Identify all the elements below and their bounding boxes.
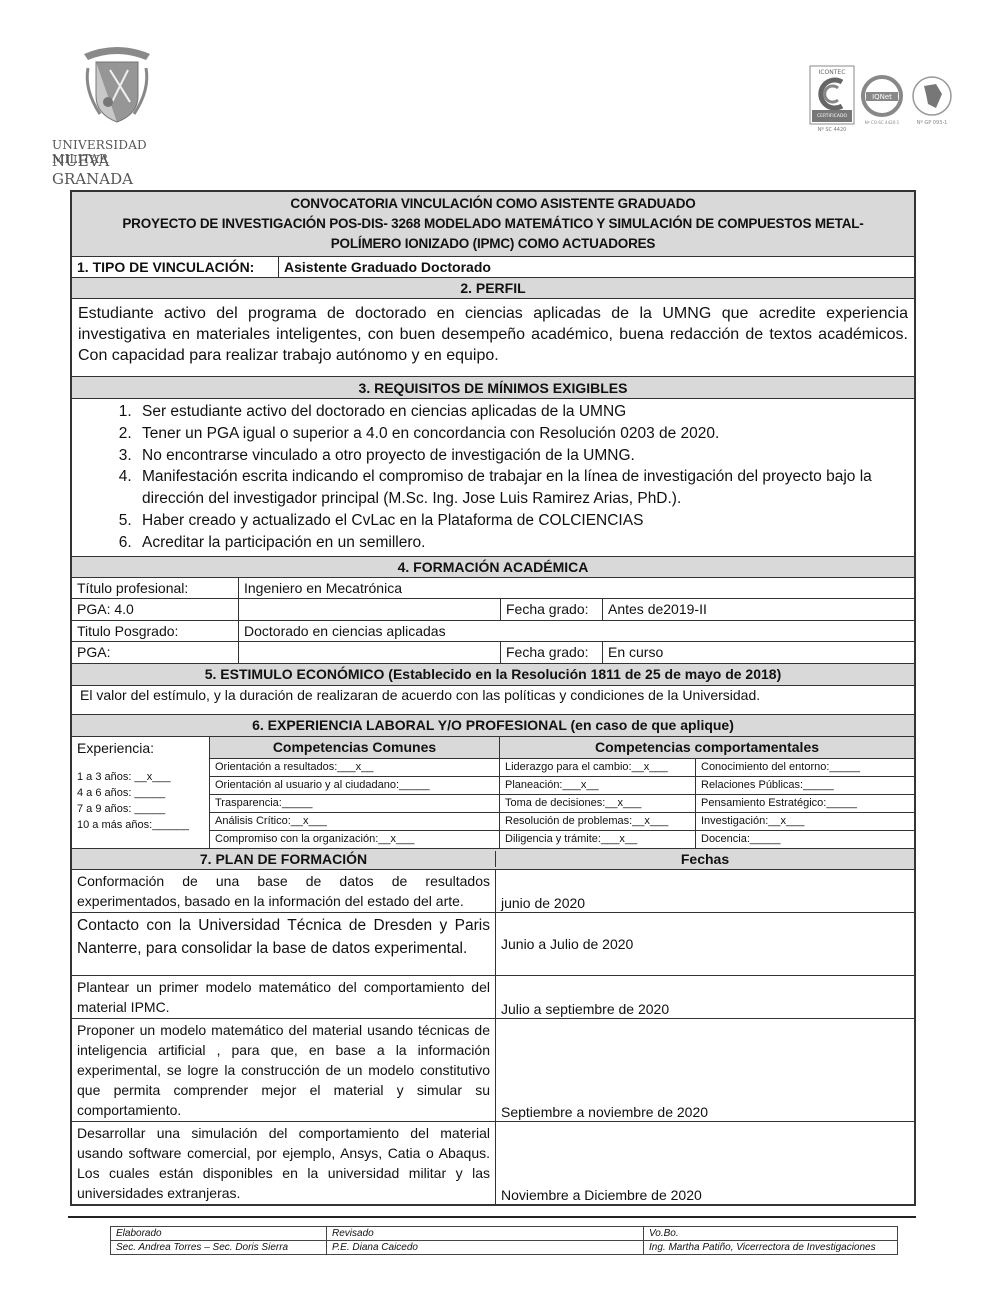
svg-text:Nº CO-SC 4420-1: Nº CO-SC 4420-1 [865, 120, 900, 125]
titulo-posgrado-value: Doctorado en ciencias aplicadas [239, 621, 914, 641]
titulo-posgrado-label: Titulo Posgrado: [72, 621, 239, 641]
competencia-comun: Análisis Crítico:__x___ [210, 813, 499, 831]
competencia-comun: Trasparencia:_____ [210, 795, 499, 813]
university-crest-icon [82, 44, 152, 126]
competencia-comportamental-row: Resolución de problemas:__x___Investigac… [500, 813, 914, 831]
plan-date: junio de 2020 [496, 870, 914, 912]
fecha-grado-value: En curso [603, 642, 914, 663]
competencia-comportamental-row: Toma de decisiones:__x___Pensamiento Est… [500, 795, 914, 813]
plan-heading: 7. PLAN DE FORMACIÓN [72, 851, 496, 867]
formacion-row: Título profesional: Ingeniero en Mecatró… [72, 578, 914, 599]
requisito-item: Haber creado y actualizado el CvLac en l… [136, 510, 908, 532]
svg-text:CERTIFICADO: CERTIFICADO [817, 113, 847, 119]
competencia-comportamental-row: Diligencia y trámite:___x__Docencia:____… [500, 831, 914, 848]
formacion-row: Titulo Posgrado: Doctorado en ciencias a… [72, 621, 914, 642]
requisito-item: Tener un PGA igual o superior a 4.0 en c… [136, 423, 908, 445]
experiencia-range: 1 a 3 años: __x___ [77, 769, 204, 785]
competencia-comportamental: Relaciones Públicas:_____ [696, 777, 839, 794]
revisado-value: P.E. Diana Caicedo [327, 1241, 644, 1255]
pga-label: PGA: 4.0 [72, 599, 239, 620]
estimulo-row: El valor del estímulo, y la duración de … [72, 686, 914, 715]
tipo-vinculacion-row: 1. TIPO DE VINCULACIÓN: Asistente Gradua… [72, 257, 914, 278]
requisitos-list: Ser estudiante activo del doctorado en c… [72, 399, 914, 557]
pga-posgrado-label: PGA: [72, 642, 239, 663]
experiencia-heading: 6. EXPERIENCIA LABORAL Y/O PROFESIONAL (… [72, 715, 914, 737]
competencia-comportamental: Investigación:__x___ [696, 813, 809, 830]
svg-text:IQNet: IQNet [872, 93, 892, 101]
tipo-vinculacion-value: Asistente Graduado Doctorado [279, 257, 914, 277]
competencia-comportamental: Toma de decisiones:__x___ [500, 795, 696, 812]
university-name-line2: Nueva Granada [52, 152, 182, 188]
perfil-heading: 2. PERFIL [72, 278, 914, 299]
competencia-comportamental: Docencia:_____ [696, 831, 786, 848]
plan-row: Conformación de una base de datos de res… [72, 870, 914, 913]
plan-date: Junio a Julio de 2020 [496, 913, 914, 975]
plan-activity: Conformación de una base de datos de res… [72, 870, 496, 912]
revisado-label: Revisado [327, 1227, 644, 1241]
competencias-comunes-heading: Competencias Comunes [210, 737, 499, 759]
competencia-comun: Orientación a resultados:___x__ [210, 759, 499, 777]
footer-divider [68, 1216, 916, 1218]
elaborado-value: Sec. Andrea Torres – Sec. Doris Sierra [111, 1241, 327, 1255]
title-line3: POLÍMERO IONIZADO (IPMC) COMO ACTUADORES [80, 234, 906, 254]
vobo-value: Ing. Martha Patiño, Vicerrectora de Inve… [644, 1241, 898, 1255]
experiencia-range: 10 a más años:______ [77, 817, 204, 833]
fecha-grado-label: Fecha grado: [501, 599, 603, 620]
plan-dates-heading: Fechas [496, 851, 914, 867]
elaborado-label: Elaborado [111, 1227, 327, 1241]
formacion-heading: 4. FORMACIÓN ACADÉMICA [72, 557, 914, 578]
university-logo: Universidad Militar Nueva Granada [52, 20, 182, 170]
certification-badges-icon: ICONTEC CERTIFICADO Nº SC 4420 IQNet Nº … [808, 64, 956, 136]
plan-activity: Desarrollar una simulación del comportam… [72, 1122, 496, 1204]
requisitos-heading: 3. REQUISITOS DE MÍNIMOS EXIGIBLES [72, 377, 914, 399]
estimulo-text: El valor del estímulo, y la duración de … [72, 686, 914, 704]
competencias-comportamentales-heading: Competencias comportamentales [500, 737, 914, 759]
experiencia-range: 7 a 9 años: _____ [77, 801, 204, 817]
competencia-comportamental: Diligencia y trámite:___x__ [500, 831, 696, 848]
experiencia-label: Experiencia: [72, 737, 209, 759]
svg-text:Nº SC 4420: Nº SC 4420 [818, 127, 847, 133]
competencias-comportamentales: Competencias comportamentales Liderazgo … [500, 737, 914, 848]
requisito-item: Acreditar la participación en un semille… [136, 532, 908, 554]
formacion-row: PGA: Fecha grado: En curso [72, 642, 914, 664]
formacion-row: PGA: 4.0 Fecha grado: Antes de2019-II [72, 599, 914, 621]
competencia-comportamental: Pensamiento Estratégico:_____ [696, 795, 862, 812]
competencia-comportamental: Liderazgo para el cambio:__x___ [500, 759, 696, 776]
estimulo-heading: 5. ESTIMULO ECONÓMICO (Establecido en la… [72, 664, 914, 686]
titulo-profesional-label: Título profesional: [72, 578, 239, 598]
plan-date: Septiembre a noviembre de 2020 [496, 1019, 914, 1121]
convocatoria-form: CONVOCATORIA VINCULACIÓN COMO ASISTENTE … [70, 190, 916, 1206]
plan-rows: Conformación de una base de datos de res… [72, 870, 914, 1204]
footer-approval-table: Elaborado Revisado Vo.Bo. Sec. Andrea To… [110, 1226, 898, 1255]
plan-activity: Proponer un modelo matemático del materi… [72, 1019, 496, 1121]
competencia-comportamental: Conocimiento del entorno:_____ [696, 759, 865, 776]
experiencia-ranges: Experiencia: 1 a 3 años: __x___4 a 6 año… [72, 737, 210, 848]
plan-row: Proponer un modelo matemático del materi… [72, 1019, 914, 1122]
experiencia-range: 4 a 6 años: _____ [77, 785, 204, 801]
plan-row: Plantear un primer modelo matemático del… [72, 976, 914, 1019]
experiencia-grid: Experiencia: 1 a 3 años: __x___4 a 6 año… [72, 737, 914, 849]
plan-heading-row: 7. PLAN DE FORMACIÓN Fechas [72, 849, 914, 870]
competencia-comun: Orientación al usuario y al ciudadano:__… [210, 777, 499, 795]
plan-activity: Plantear un primer modelo matemático del… [72, 976, 496, 1018]
requisito-item: Ser estudiante activo del doctorado en c… [136, 401, 908, 423]
competencia-comun: Compromiso con la organización:__x___ [210, 831, 499, 848]
pga-posgrado-value [239, 642, 501, 663]
plan-date: Noviembre a Diciembre de 2020 [496, 1122, 914, 1204]
svg-text:Nº GP 093-1: Nº GP 093-1 [917, 120, 948, 126]
requisito-item: Manifestación escrita indicando el compr… [136, 466, 908, 510]
title-line2: PROYECTO DE INVESTIGACIÓN POS-DIS- 3268 … [80, 214, 906, 234]
competencia-comportamental-row: Planeación:___x__Relaciones Públicas:___… [500, 777, 914, 795]
competencia-comportamental: Planeación:___x__ [500, 777, 696, 794]
plan-date: Julio a septiembre de 2020 [496, 976, 914, 1018]
requisito-item: No encontrarse vinculado a otro proyecto… [136, 445, 908, 467]
plan-row: Contacto con la Universidad Técnica de D… [72, 913, 914, 976]
fecha-grado-value: Antes de2019-II [603, 599, 914, 620]
plan-row: Desarrollar una simulación del comportam… [72, 1122, 914, 1204]
plan-activity: Contacto con la Universidad Técnica de D… [72, 913, 496, 975]
fecha-grado-label: Fecha grado: [501, 642, 603, 663]
certification-logos: ICONTEC CERTIFICADO Nº SC 4420 IQNet Nº … [808, 64, 956, 136]
vobo-label: Vo.Bo. [644, 1227, 898, 1241]
svg-text:ICONTEC: ICONTEC [819, 69, 846, 76]
pga-value [239, 599, 501, 620]
titulo-profesional-value: Ingeniero en Mecatrónica [239, 578, 914, 598]
tipo-vinculacion-label: 1. TIPO DE VINCULACIÓN: [72, 257, 279, 277]
competencia-comportamental: Resolución de problemas:__x___ [500, 813, 696, 830]
competencias-comunes: Competencias Comunes Orientación a resul… [210, 737, 500, 848]
title-line1: CONVOCATORIA VINCULACIÓN COMO ASISTENTE … [80, 194, 906, 214]
competencia-comportamental-row: Liderazgo para el cambio:__x___Conocimie… [500, 759, 914, 777]
perfil-text: Estudiante activo del programa de doctor… [72, 299, 914, 377]
form-title: CONVOCATORIA VINCULACIÓN COMO ASISTENTE … [72, 192, 914, 257]
